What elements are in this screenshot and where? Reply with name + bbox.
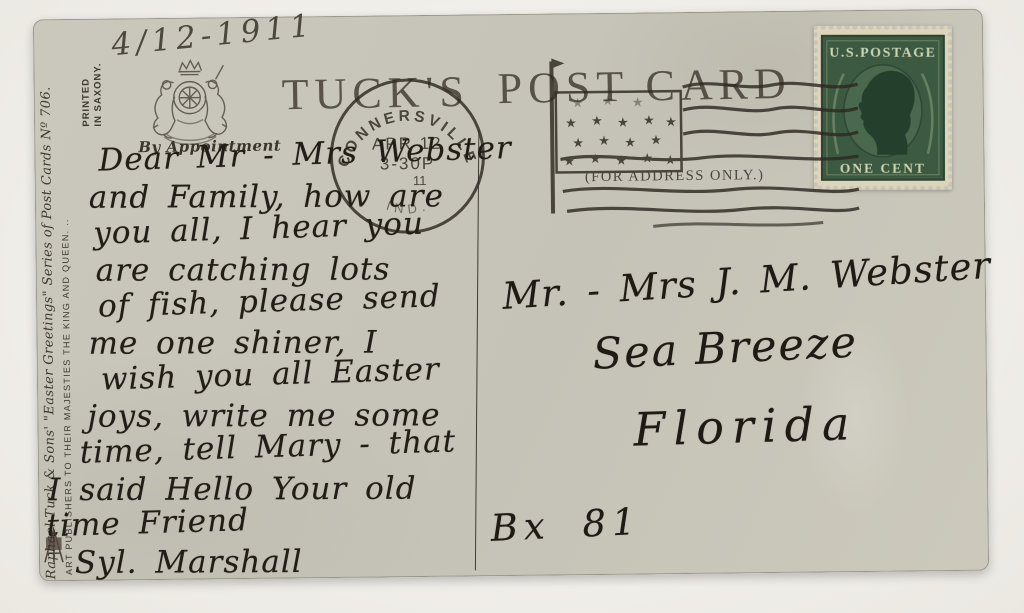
printed-in-saxony-label: PRINTED IN SAXONY. [80, 63, 104, 127]
svg-text:★: ★ [589, 151, 601, 166]
flag-cancellation-icon: ★★★ ★★★★★ ★★★★ ★★★★★ (FOR ADDRESS ONLY.) [501, 38, 863, 232]
svg-text:★: ★ [624, 135, 636, 150]
lion-icon [153, 82, 175, 135]
address-line-1: Mr. - Mrs J. M. Webster [501, 244, 992, 318]
svg-text:★: ★ [617, 115, 629, 130]
for-address-only-label: (FOR ADDRESS ONLY.) [585, 167, 765, 185]
printed-in-line1: PRINTED [80, 63, 92, 127]
svg-text:★: ★ [563, 153, 575, 168]
svg-text:★: ★ [615, 153, 627, 168]
flagpole [551, 62, 553, 214]
postcard: Raphael Tuck & Sons' "Easter Greetings" … [33, 9, 989, 582]
tuck-easel-trademark-icon [41, 525, 67, 565]
svg-text:★: ★ [565, 115, 577, 130]
svg-text:★: ★ [591, 113, 603, 128]
photo-background: Raphael Tuck & Sons' "Easter Greetings" … [0, 0, 1024, 613]
box-number-line: Bx 81 [490, 500, 643, 550]
address-line-2: Sea Breeze [592, 317, 859, 379]
svg-text:★: ★ [632, 94, 644, 109]
svg-text:★: ★ [643, 112, 655, 127]
svg-text:★: ★ [572, 135, 584, 150]
svg-text:★: ★ [598, 133, 610, 148]
royal-coat-of-arms-icon [133, 55, 246, 146]
message-block: Dear Mr - Mrs Webster and Family, how ar… [84, 138, 533, 581]
svg-text:★: ★ [664, 152, 676, 167]
printed-in-line2: IN SAXONY. [92, 63, 104, 127]
svg-text:★: ★ [665, 114, 677, 129]
unicorn-icon [205, 81, 227, 134]
svg-text:★: ★ [572, 95, 584, 110]
flagpole-finial [551, 58, 564, 68]
address-line-3: Florida [633, 396, 858, 456]
svg-text:★: ★ [602, 93, 614, 108]
svg-text:★: ★ [650, 132, 662, 147]
message-line: Syl. Marshall [75, 542, 533, 580]
crown-icon [178, 60, 201, 74]
svg-text:★: ★ [641, 150, 653, 165]
